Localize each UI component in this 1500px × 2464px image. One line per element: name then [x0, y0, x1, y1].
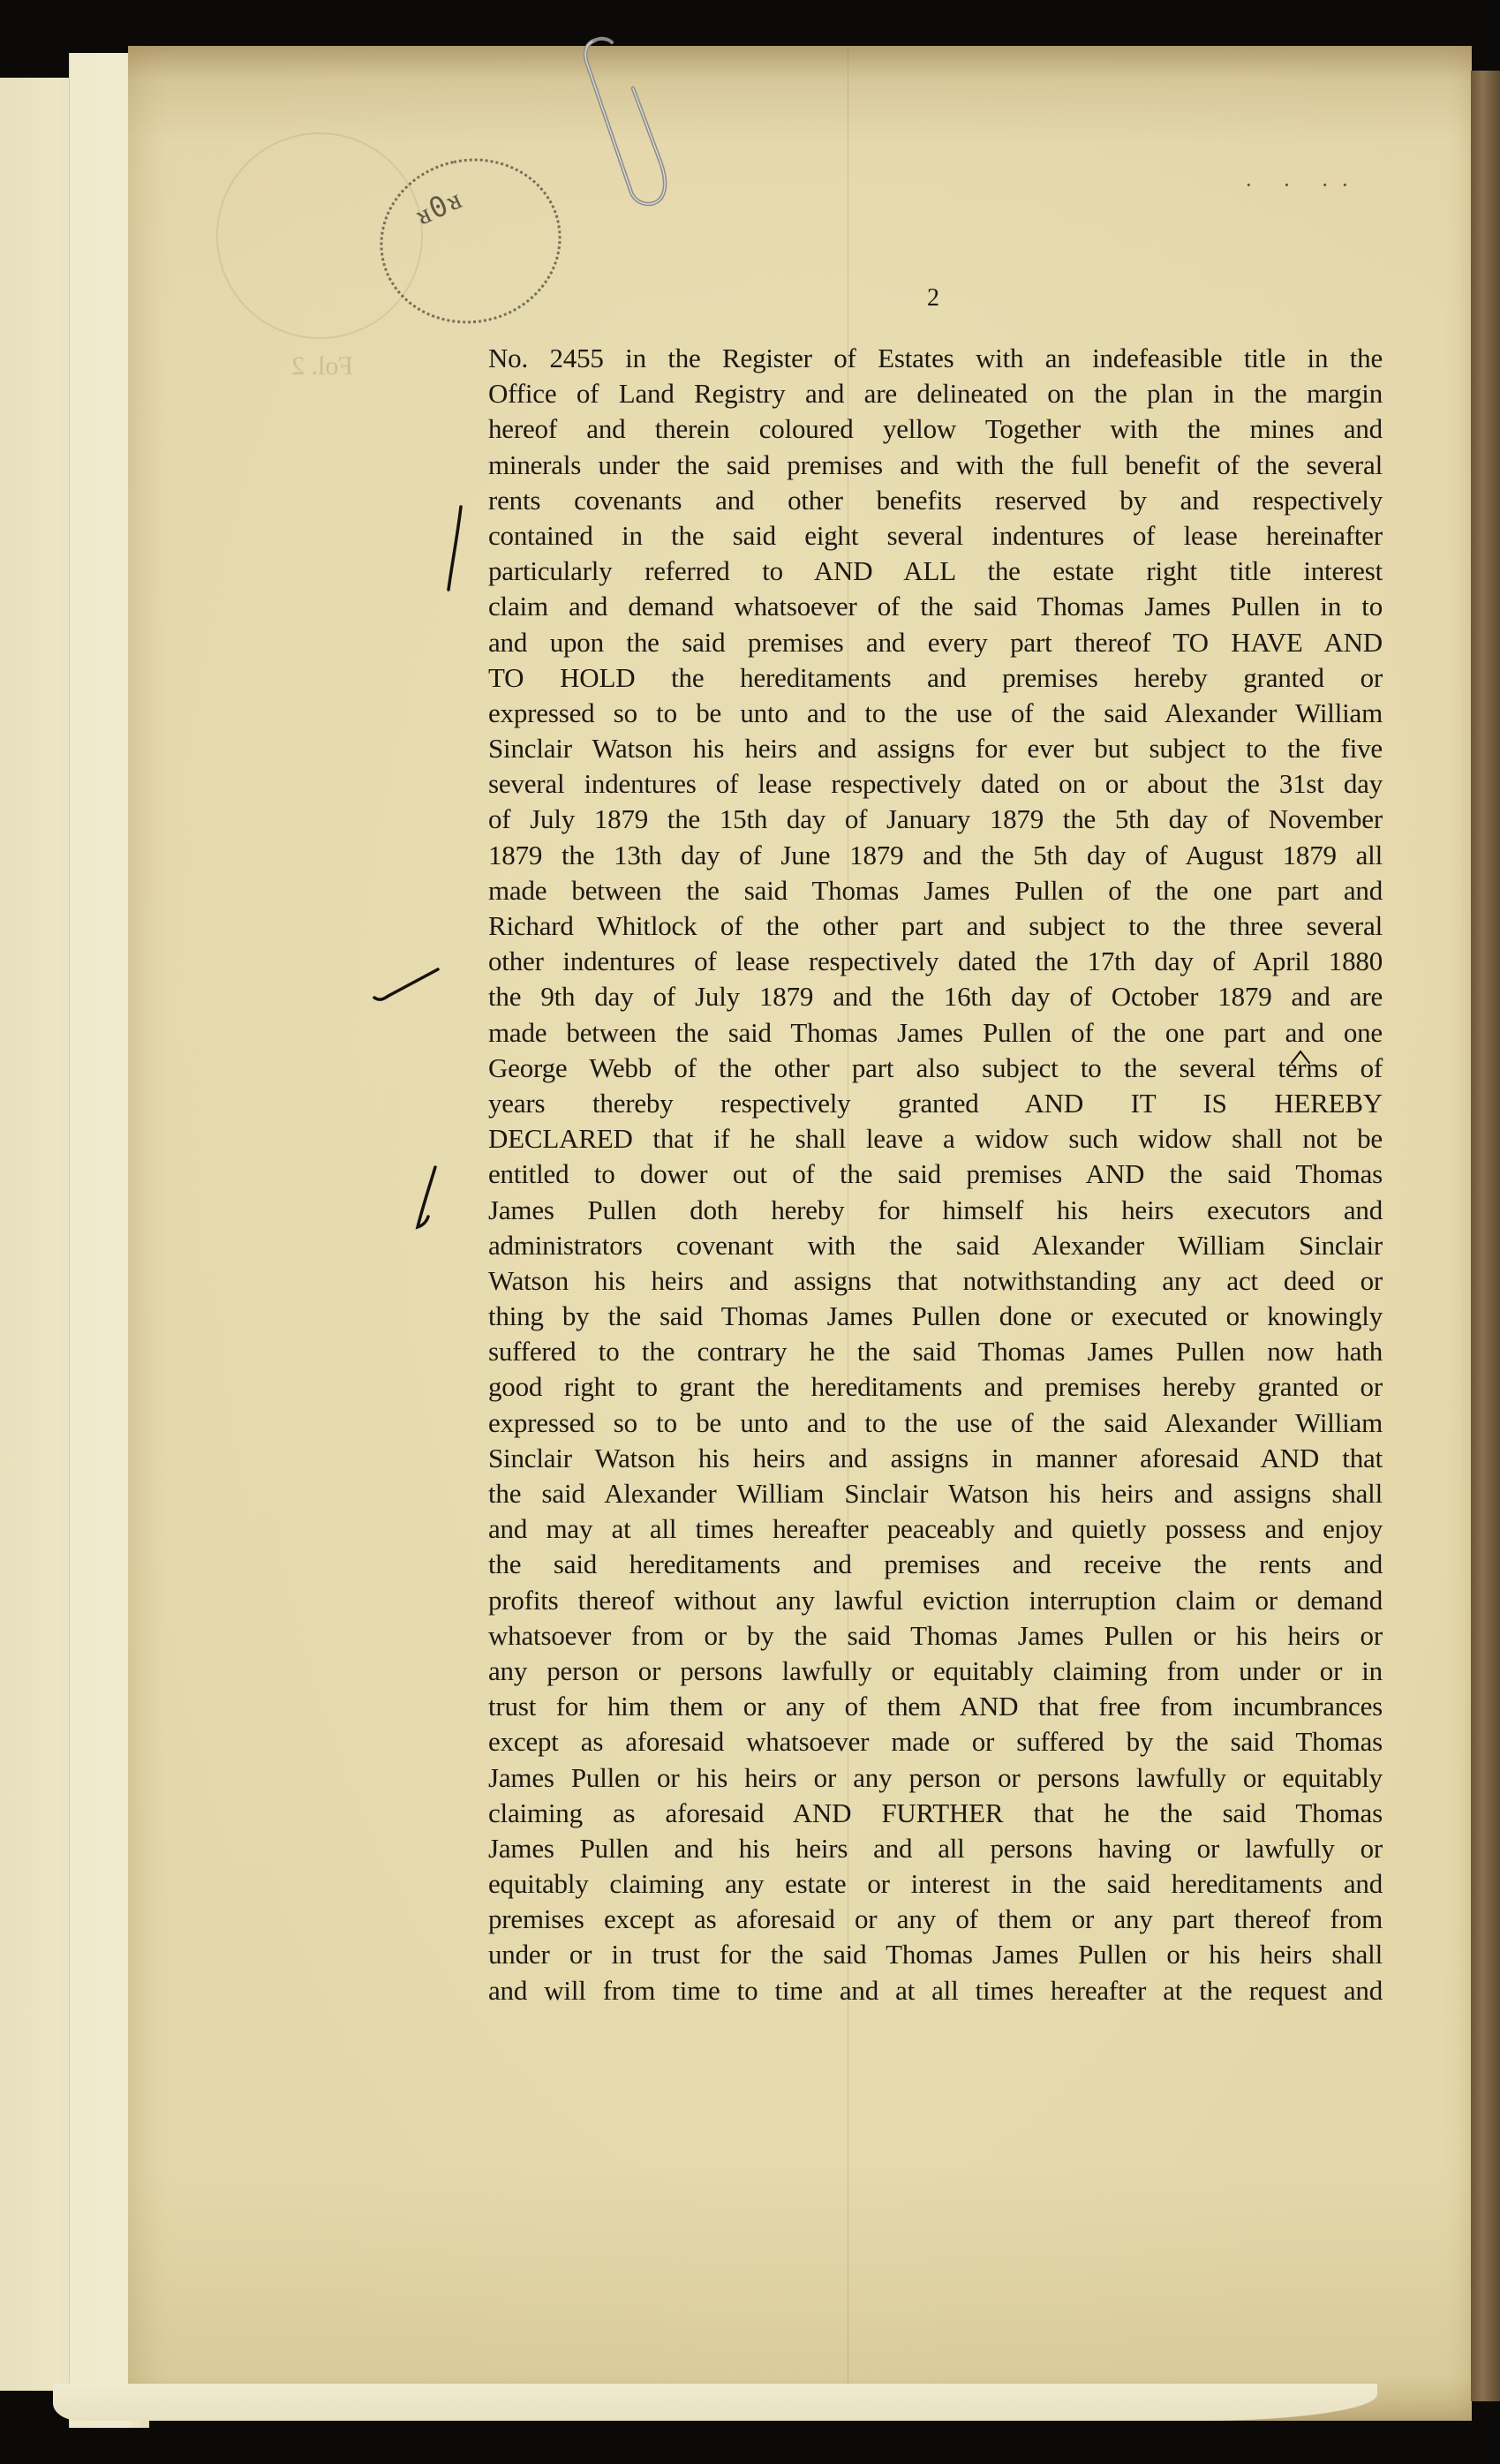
- text-line: claim and demand whatsoever of the said …: [488, 589, 1383, 624]
- page-number: 2: [927, 284, 939, 313]
- text-line: and will from time to time and at all ti…: [488, 1973, 1383, 2008]
- mirrored-offset-text: Fol. 2: [291, 351, 353, 381]
- text-line: minerals under the said premises and wit…: [488, 448, 1383, 483]
- text-line: Sinclair Watson his heirs and assigns fo…: [488, 731, 1383, 766]
- text-line: hereof and therein coloured yellow Toget…: [488, 411, 1383, 447]
- text-line: DECLARED that if he shall leave a widow …: [488, 1121, 1383, 1157]
- text-line: except as aforesaid whatsoever made or s…: [488, 1724, 1383, 1759]
- text-line: suffered to the contrary he the said Tho…: [488, 1334, 1383, 1369]
- text-line: of July 1879 the 15th day of January 187…: [488, 802, 1383, 837]
- handwritten-tick-icon: [411, 1164, 446, 1234]
- insertion-caret-icon: [1289, 1049, 1312, 1065]
- handwritten-check-icon: [371, 962, 441, 1006]
- document-body: No. 2455 in the Register of Estates with…: [488, 341, 1383, 2008]
- text-line: the 9th day of July 1879 and the 16th da…: [488, 979, 1383, 1014]
- text-line: James Pullen or his heirs or any person …: [488, 1760, 1383, 1796]
- text-line: profits thereof without any lawful evict…: [488, 1583, 1383, 1618]
- text-line: entitled to dower out of the said premis…: [488, 1157, 1383, 1192]
- text-line: premises except as aforesaid or any of t…: [488, 1902, 1383, 1937]
- text-line: the said Alexander William Sinclair Wats…: [488, 1476, 1383, 1511]
- text-line: any person or persons lawfully or equita…: [488, 1654, 1383, 1689]
- text-line: and may at all times hereafter peaceably…: [488, 1511, 1383, 1547]
- text-line: the said hereditaments and premises and …: [488, 1547, 1383, 1582]
- text-line: years thereby respectively granted AND I…: [488, 1086, 1383, 1121]
- ink-specks: · · ··: [1245, 172, 1361, 199]
- text-line: James Pullen and his heirs and all perso…: [488, 1831, 1383, 1866]
- text-line: Office of Land Registry and are delineat…: [488, 376, 1383, 411]
- text-line: under or in trust for the said Thomas Ja…: [488, 1937, 1383, 1972]
- text-line: No. 2455 in the Register of Estates with…: [488, 341, 1383, 376]
- text-line: other indentures of lease respectively d…: [488, 944, 1383, 979]
- text-line: contained in the said eight several inde…: [488, 518, 1383, 554]
- binding-edge-right: [1471, 71, 1500, 2401]
- text-line: particularly referred to AND ALL the est…: [488, 554, 1383, 589]
- text-line: claiming as aforesaid AND FURTHER that h…: [488, 1796, 1383, 1831]
- text-line: Watson his heirs and assigns that notwit…: [488, 1263, 1383, 1299]
- paperclip-icon: [578, 34, 675, 210]
- text-line: administrators covenant with the said Al…: [488, 1228, 1383, 1263]
- text-line: whatsoever from or by the said Thomas Ja…: [488, 1618, 1383, 1654]
- curled-bottom-edge: [53, 2384, 1377, 2421]
- text-line: Sinclair Watson his heirs and assigns in…: [488, 1441, 1383, 1476]
- text-line: made between the said Thomas James Pulle…: [488, 873, 1383, 908]
- text-line: James Pullen doth hereby for himself his…: [488, 1193, 1383, 1228]
- text-line: and upon the said premises and every par…: [488, 625, 1383, 660]
- text-line: made between the said Thomas James Pulle…: [488, 1015, 1383, 1051]
- text-line: trust for him them or any of them AND th…: [488, 1689, 1383, 1724]
- text-line: expressed so to be unto and to the use o…: [488, 696, 1383, 731]
- text-line: expressed so to be unto and to the use o…: [488, 1405, 1383, 1441]
- text-line: good right to grant the hereditaments an…: [488, 1369, 1383, 1405]
- text-line: George Webb of the other part also subje…: [488, 1051, 1383, 1086]
- text-line: equitably claiming any estate or interes…: [488, 1866, 1383, 1902]
- text-line: 1879 the 13th day of June 1879 and the 5…: [488, 838, 1383, 873]
- text-line: Richard Whitlock of the other part and s…: [488, 908, 1383, 944]
- text-line: thing by the said Thomas James Pullen do…: [488, 1299, 1383, 1334]
- handwritten-tick-icon: [441, 501, 468, 599]
- text-line: rents covenants and other benefits reser…: [488, 483, 1383, 518]
- text-line: several indentures of lease respectively…: [488, 766, 1383, 802]
- text-line: TO HOLD the hereditaments and premises h…: [488, 660, 1383, 696]
